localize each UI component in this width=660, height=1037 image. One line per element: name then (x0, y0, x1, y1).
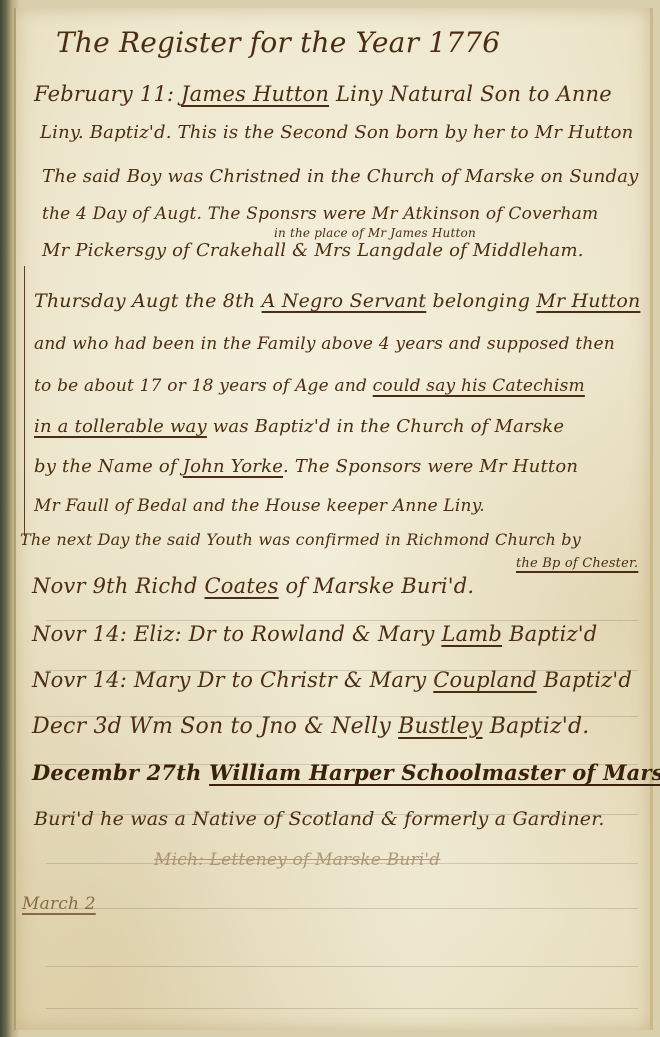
entry-line: and who had been in the Family above 4 y… (34, 334, 615, 354)
entry-line: Novr 14: Eliz: Dr to Rowland & Mary Lamb… (32, 622, 597, 646)
entry-line: Buri'd he was a Native of Scotland & for… (34, 808, 605, 830)
ruled-line (46, 966, 638, 967)
entry-line: Mr Faull of Bedal and the House keeper A… (34, 496, 485, 516)
march-entry: March 2 (22, 894, 96, 914)
entry-line: The said Boy was Christned in the Church… (42, 166, 639, 187)
entry-line: Novr 9th Richd Coates of Marske Buri'd. (32, 574, 474, 598)
entry-line: the 4 Day of Augt. The Sponsrs were Mr A… (42, 204, 598, 224)
entry-line: to be about 17 or 18 years of Age and co… (34, 376, 585, 396)
ruled-line (46, 908, 638, 909)
entry-line: Decr 3d Wm Son to Jno & Nelly Bustley Ba… (32, 714, 589, 739)
struck-entry: Mich: Letteney of Marske Buri'd (154, 850, 440, 870)
entry-line: The next Day the said Youth was confirme… (20, 530, 581, 549)
entry-line: Mr Pickersgy of Crakehall & Mrs Langdale… (42, 240, 584, 261)
entry-line: Thursday Augt the 8th A Negro Servant be… (34, 290, 640, 312)
entry-line: by the Name of John Yorke. The Sponsors … (34, 456, 578, 477)
entry-line: Liny. Baptiz'd. This is the Second Son b… (40, 122, 633, 143)
book-spread: The Register for the Year 1776 February … (0, 0, 660, 1037)
interlinear-note: in the place of Mr James Hutton (274, 226, 476, 240)
entry-line: Decembr 27th William Harper Schoolmaster… (32, 760, 660, 785)
margin-bracket (24, 266, 25, 536)
entry-line: the Bp of Chester. (516, 556, 638, 571)
entry-line: February 11: James Hutton Liny Natural S… (34, 82, 612, 106)
entry-line: Novr 14: Mary Dr to Christr & Mary Coupl… (32, 668, 632, 692)
register-page: The Register for the Year 1776 February … (14, 8, 653, 1030)
ruled-line (46, 620, 638, 621)
ruled-line (46, 1008, 638, 1009)
entry-line: in a tollerable way was Baptiz'd in the … (34, 416, 564, 437)
page-title: The Register for the Year 1776 (56, 26, 500, 59)
